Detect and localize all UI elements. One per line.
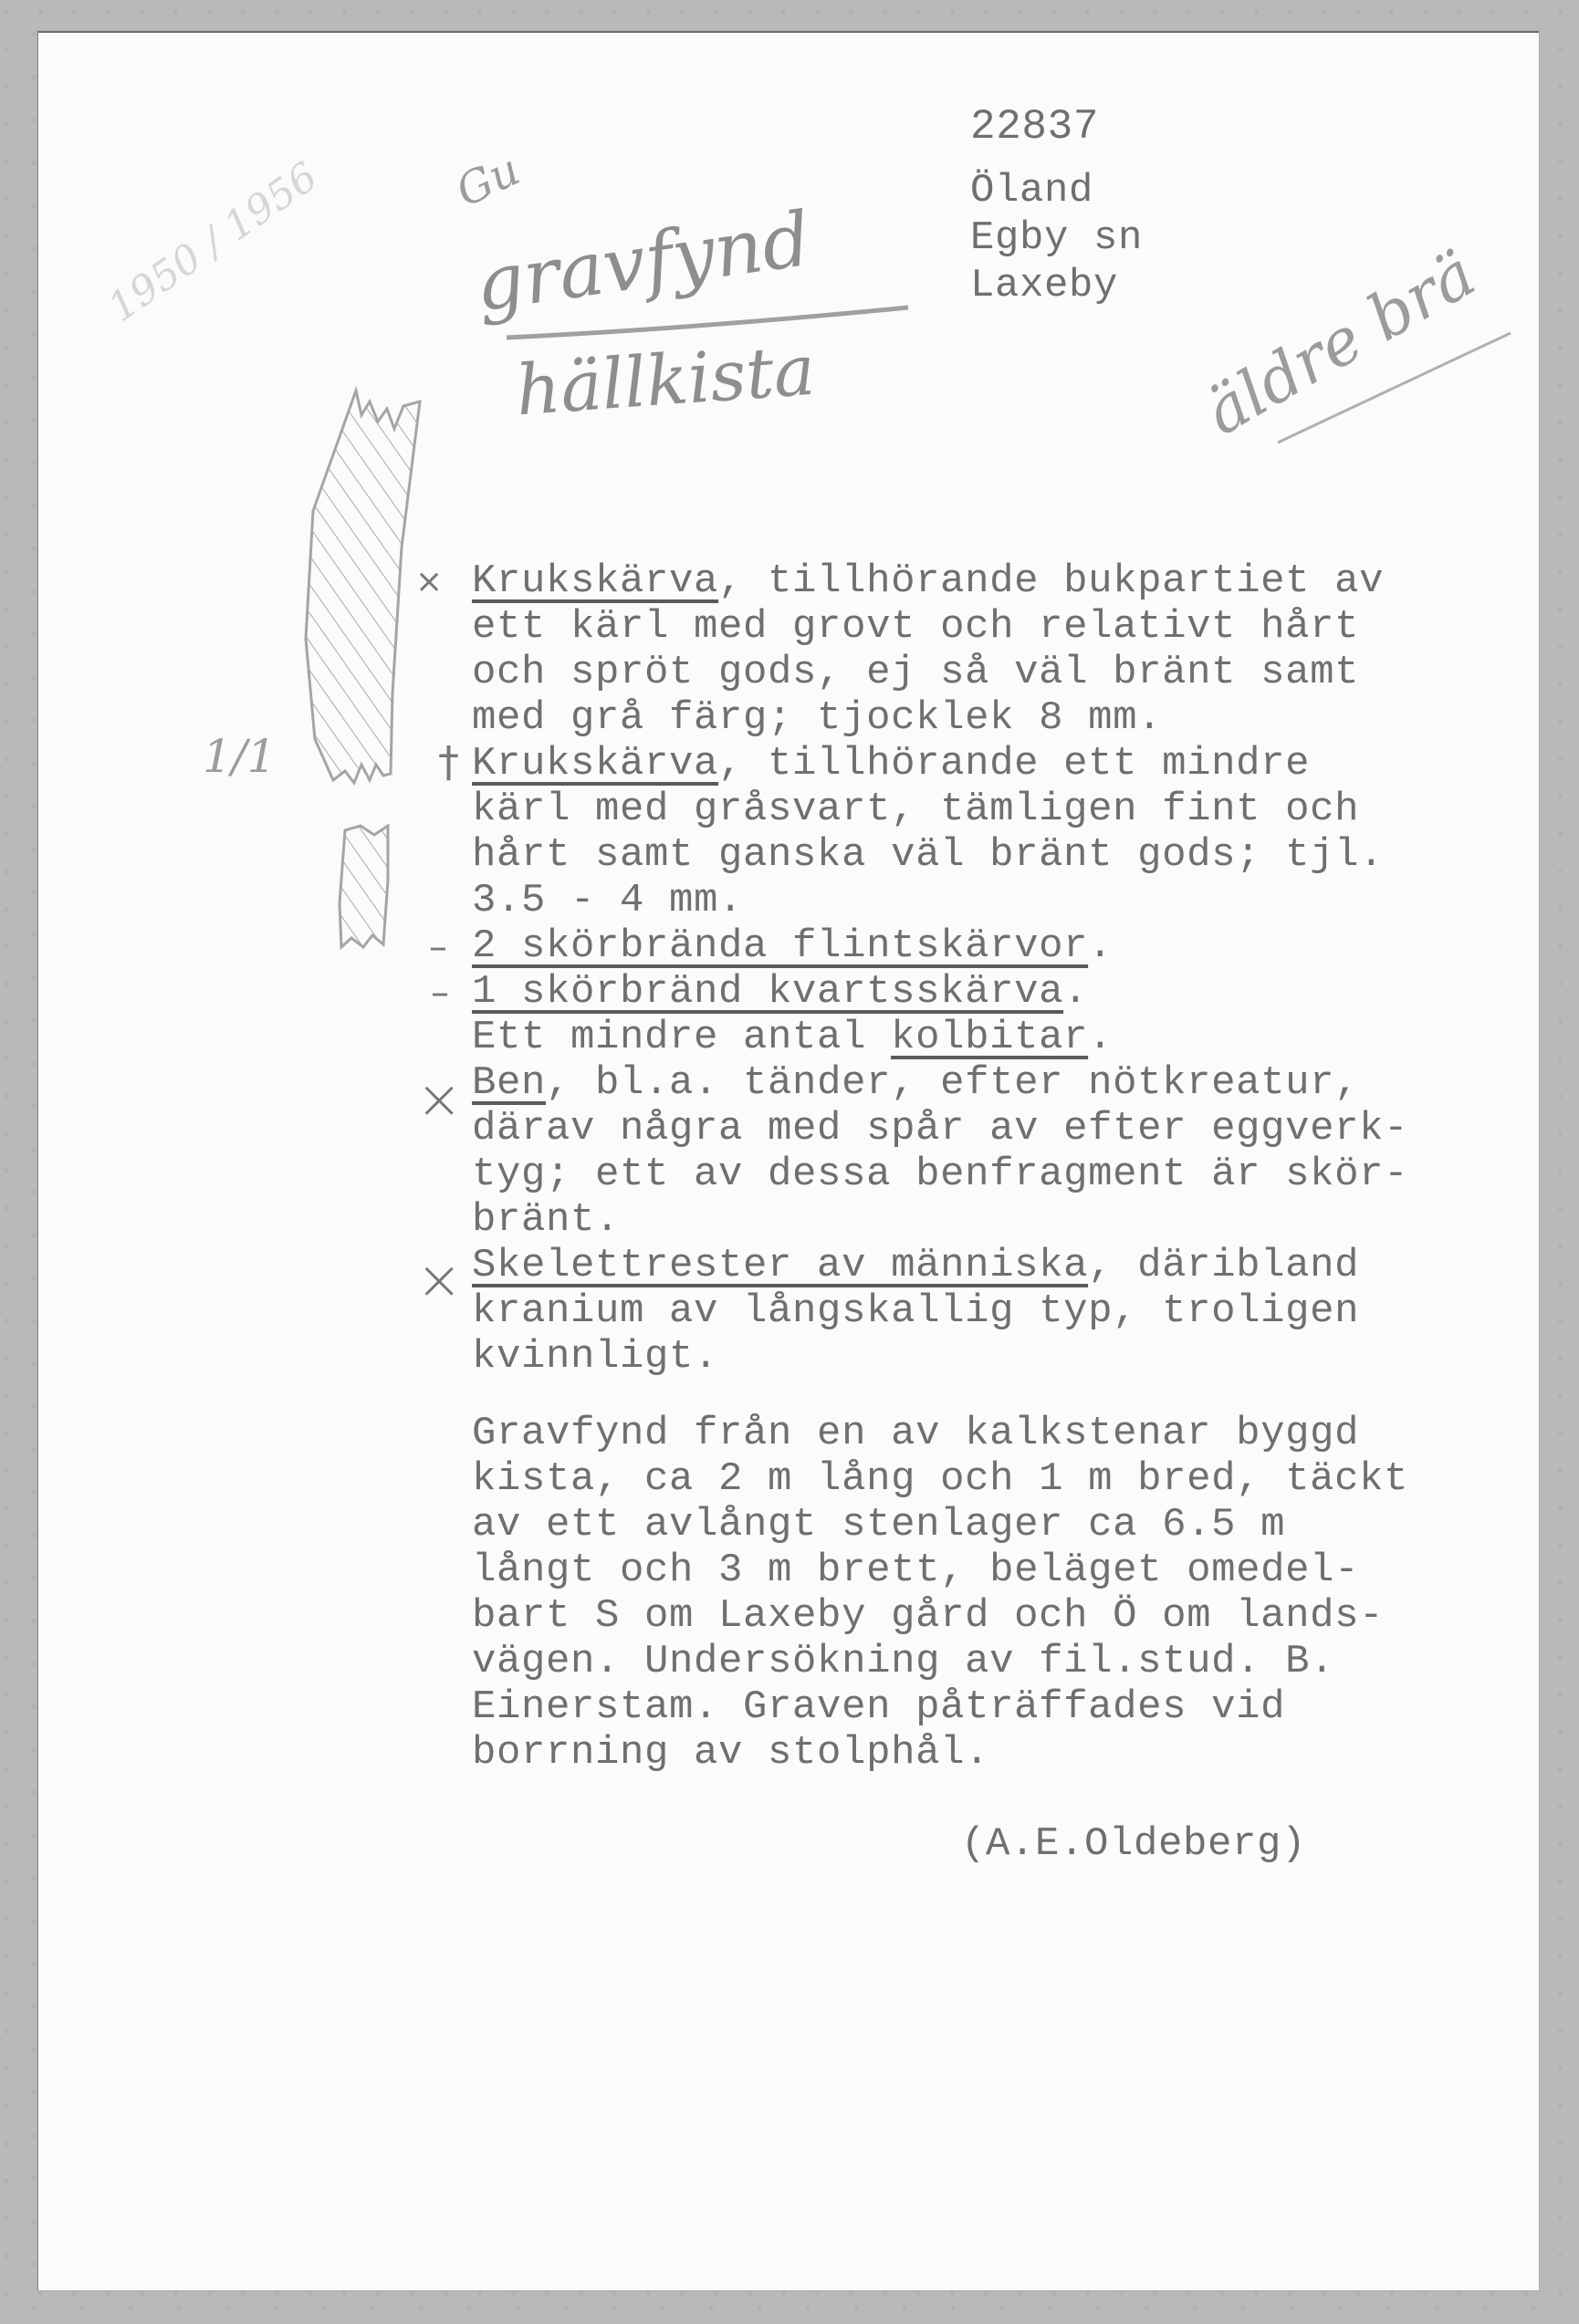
entry-2-line-1: Krukskärva, tillhörande ett mindre (472, 741, 1310, 787)
entry-1-line-3: och spröt gods, ej så väl bränt samt (472, 650, 1359, 695)
marker-dash-2: – (431, 972, 449, 1014)
entry-7-line-2: kranium av långskallig typ, troligen (472, 1288, 1359, 1334)
entry-6-line-4: bränt. (472, 1197, 620, 1243)
entry-7-line-1: Skelettrester av människa, däribland (472, 1243, 1359, 1288)
paragraph-line-3: av ett avlångt stenlager ca 6.5 m (472, 1502, 1285, 1548)
entry-6-line-1: Ben, bl.a. tänder, efter nötkreatur, (472, 1060, 1359, 1106)
entry-1-line-4: med grå färg; tjocklek 8 mm. (472, 695, 1162, 741)
marker-dash-1: – (429, 926, 447, 968)
entry-7-line-3: kvinnligt. (472, 1334, 718, 1380)
marker-x-2: × (416, 1068, 462, 1131)
paragraph-line-1: Gravfynd från en av kalkstenar byggd (472, 1411, 1359, 1456)
paragraph-line-2: kista, ca 2 m lång och 1 m bred, täckt (472, 1456, 1408, 1502)
entry-1-line-1: Krukskärva, tillhörande bukpartiet av (472, 558, 1384, 604)
entry-2-line-4: 3.5 - 4 mm. (472, 878, 743, 923)
entry-1-line-2: ett kärl med grovt och relativt hårt (472, 604, 1359, 650)
paragraph-line-7: Einerstam. Graven påträffades vid (472, 1684, 1285, 1730)
entry-6-line-2: därav några med spår av efter eggverk- (472, 1106, 1408, 1152)
paragraph-line-6: vägen. Undersökning av fil.stud. B. (472, 1639, 1334, 1684)
entry-2-line-3: hårt samt ganska väl bränt gods; tjl. (472, 832, 1384, 878)
paragraph-line-8: borrning av stolphål. (472, 1730, 989, 1776)
paragraph-line-4: långt och 3 m brett, beläget omedel- (472, 1548, 1359, 1593)
marker-cross: † (438, 737, 459, 787)
signature: (A.E.Oldeberg) (961, 1821, 1306, 1867)
entry-2-line-2: kärl med gråsvart, tämligen fint och (472, 787, 1359, 832)
entry-4-line-1: 1 skörbränd kvartsskärva. (472, 969, 1088, 1015)
entry-6-line-3: tyg; ett av dessa benfragment är skör- (472, 1152, 1408, 1197)
entry-3-line-1: 2 skörbrända flintskärvor. (472, 923, 1113, 969)
entry-5-line-1: Ett mindre antal kolbitar. (472, 1015, 1113, 1060)
marker-x-3: × (416, 1248, 462, 1312)
marker-x-1: × (415, 563, 443, 600)
paragraph-line-5: bart S om Laxeby gård och Ö om lands- (472, 1593, 1384, 1639)
